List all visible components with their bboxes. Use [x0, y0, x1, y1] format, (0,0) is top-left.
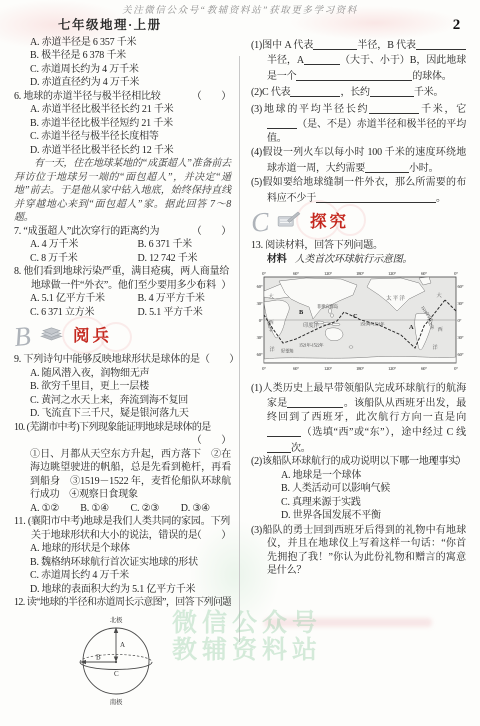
svg-text:120°: 120° — [388, 271, 396, 276]
answer-bracket: （ ） — [200, 353, 239, 367]
svg-text:60°: 60° — [458, 284, 464, 289]
q10-option: B. ①④ — [80, 502, 130, 516]
book-title: 七年级地理·上册 — [58, 19, 162, 33]
svg-text:60°: 60° — [257, 352, 263, 357]
circumnavigation-map: 0° 60° 120° 180° 120° 60° 0° 0° 60° 120°… — [251, 269, 466, 380]
q12-stem: 12. 读“地球的半径和赤道周长示意图”，回答下列问题。 — [14, 596, 231, 610]
philippines-label: 菲律宾群岛 — [317, 303, 339, 310]
globe-north-pole-label: 北极 — [110, 615, 123, 624]
globe-label-c: C — [114, 670, 119, 678]
text-segment: （选填“西”或“东”），途中经过 C 线 — [301, 427, 466, 438]
answer-bracket: （ ） — [192, 90, 231, 104]
map-bottom-ticks: 0° 60° 120° 180° 120° 60° 0° — [262, 366, 458, 371]
question-7: 7. “成蛋超人”此次穿行的距离约为 （ ） — [14, 225, 231, 239]
svg-text:60°: 60° — [293, 366, 299, 371]
q8-options: A. 5.1 亿平方千米 B. 4 万平方千米 C. 6 371 立方米 D. … — [14, 292, 231, 319]
notebook-pen-icon — [275, 211, 302, 233]
answer-blank — [304, 54, 340, 65]
answer-blank — [267, 426, 301, 437]
svg-text:60°: 60° — [421, 271, 427, 276]
answer-blank — [296, 70, 412, 81]
q9-option: A. 随风潜入夜，润物细无声 — [14, 367, 231, 381]
answer-blank — [313, 39, 357, 50]
svg-text:0°: 0° — [458, 318, 462, 323]
answer-bracket: （ ） — [192, 279, 231, 293]
text-segment: 次。 — [291, 443, 311, 454]
q12-part-5: (5)假如要给地球缝制一件外衣，那么所需要的布料应不少于。 — [251, 176, 466, 205]
route-label-pacific: 1519年-1521年 — [360, 321, 384, 328]
q5-option: B. 极半径是 6 378 千米 — [14, 49, 231, 63]
svg-text:60°: 60° — [458, 352, 464, 357]
q9-stem: 9. 下列诗句中能够反映地球形状是球体的是 — [14, 353, 200, 367]
q13-q2-option: B. 人类活动可以影响气候 — [251, 482, 466, 496]
q13-material-line: 材料人类首次环球航行示意图。 — [251, 253, 466, 267]
text-segment: 千米。 — [414, 87, 443, 98]
svg-text:120°: 120° — [388, 366, 396, 371]
q6-option: A. 赤道半径比极半径长约 21 千米 — [14, 103, 231, 117]
globe-diagram: 北极 A B C 南极 — [44, 611, 231, 712]
q6-option: B. 赤道半径比极半径短约 21 千米 — [14, 117, 231, 131]
svg-text:0°: 0° — [454, 271, 458, 276]
pacific-ocean-label: 太平洋 — [386, 294, 406, 302]
q11-option: C. 赤道周长约 4 万千米 — [14, 569, 231, 583]
q8-option: A. 5.1 亿平方千米 — [30, 292, 138, 306]
map-left-ticks: 60° 30° 0° 30° 60° — [257, 284, 263, 357]
text-segment: 半径，A — [267, 55, 304, 66]
text-segment: ，长约 — [340, 87, 369, 98]
svg-text:洋: 洋 — [433, 343, 438, 351]
map-top-ticks: 0° 60° 120° 180° 120° 60° 0° — [262, 271, 458, 276]
answer-bracket: （ ） — [427, 455, 466, 469]
svg-text:西: 西 — [438, 325, 443, 333]
page-header: 七年级地理·上册 2 — [0, 17, 480, 36]
q6-stem: 6. 地球的赤道半径与极半径相比较 — [14, 90, 161, 104]
answer-bracket: （ ） — [192, 225, 231, 239]
svg-text:120°: 120° — [324, 271, 332, 276]
q7-option: A. 4 万千米 — [30, 238, 138, 252]
q13-q2-option: D. 世界各国发展不平衡 — [251, 509, 466, 523]
svg-text:180°: 180° — [356, 366, 364, 371]
svg-text:0°: 0° — [262, 366, 266, 371]
q9-option: D. 飞流直下三千尺，疑是银河落九天 — [14, 407, 231, 421]
map-right-ticks: 60° 30° 0° 30° 60° — [458, 284, 464, 357]
svg-text:洋: 洋 — [270, 345, 275, 353]
material-text: 人类首次环球航行示意图。 — [295, 254, 413, 265]
q7-stem: 7. “成蛋超人”此次穿行的距离约为 — [14, 225, 159, 239]
map-point-a: A — [409, 324, 414, 331]
content-columns: A. 赤道半径是 6 357 千米 B. 极半径是 6 378 千米 C. 赤道… — [0, 36, 480, 712]
q7-option: B. 6 371 千米 — [138, 238, 231, 252]
right-column: (1)图中 A 代表半径，B 代表半径，A（大于、小于）B，因此地球是一个的球体… — [240, 36, 466, 712]
page-number: 2 — [453, 19, 468, 33]
cape-of-good-hope-label: 好望角 — [281, 348, 294, 355]
q8-option: C. 6 371 立方米 — [30, 306, 138, 320]
globe-south-pole-label: 南极 — [110, 697, 123, 706]
svg-text:30°: 30° — [458, 301, 464, 306]
q10-option: C. ②③ — [131, 502, 181, 516]
svg-text:0°: 0° — [262, 271, 266, 276]
q12-part-1: (1)图中 A 代表半径，B 代表半径，A（大于、小于）B，因此地球是一个的球体… — [251, 37, 466, 84]
q10-stem: 10. (芜湖市中考)下列现象能证明地球是球体的是 — [14, 421, 231, 435]
q11-option: A. 地球的形状是个球体 — [14, 542, 231, 556]
question-11: 11. (襄阳市中考)地球是我们人类共同的家园。下列关于地球形状和大小的说法，错… — [14, 515, 231, 542]
answer-blank — [369, 103, 419, 114]
q13-q2-option: A. 地球是一个球体 — [251, 469, 466, 483]
equator-front-arc — [80, 662, 152, 670]
text-segment: 小时。 — [409, 163, 438, 174]
q7-option: D. 12 742 千米 — [138, 252, 231, 266]
svg-text:60°: 60° — [421, 366, 427, 371]
section-letter-b: B — [13, 322, 38, 350]
svg-text:0°: 0° — [454, 366, 458, 371]
q7-option: C. 8 万千米 — [30, 252, 138, 266]
q12-part-3: (3)地球的平均半径长约千米，它（是、不是）赤道半径和极半径的平均值。 — [251, 101, 466, 146]
answer-blank — [290, 86, 340, 97]
q5-option: C. 赤道周长约为 4 万千米 — [14, 63, 231, 77]
section-header-b: B 阅兵 — [14, 321, 231, 351]
q5-option: A. 赤道半径是 6 357 千米 — [14, 36, 231, 50]
globe-label-b: B — [96, 653, 101, 661]
section-title-yuebing: 阅兵 — [73, 329, 112, 343]
section-title-tanjiu: 探究 — [310, 215, 349, 229]
q12-part-4: (4)假设一列火车以每小时 100 千米的速度环绕地球赤道一周，大约需要小时。 — [251, 146, 466, 175]
q10-options: A. ①② B. ①④ C. ②③ D. ③④ — [14, 502, 231, 516]
q13-part-1: (1)人类历史上最早带领船队完成环球航行的航海家是。该船队从西班牙出发，最终回到… — [251, 382, 466, 456]
wechat-note: 关注微信公众号“教辅资料站”获取更多学习资料 — [0, 0, 480, 17]
left-column: A. 赤道半径是 6 357 千米 B. 极半径是 6 378 千米 C. 赤道… — [14, 36, 240, 712]
q13-part-2: (2)该船队环球航行的成功说明以下哪一地理事实 （ ） — [251, 455, 466, 469]
q8-option: D. 5.1 平方千米 — [138, 306, 231, 320]
svg-text:30°: 30° — [257, 301, 263, 306]
q13-q2-option: C. 真理来源于实践 — [251, 496, 466, 510]
svg-text:0°: 0° — [259, 318, 263, 323]
answer-blank — [316, 192, 436, 203]
svg-text:30°: 30° — [257, 335, 263, 340]
section-header-c: C 探究 — [251, 207, 466, 237]
globe-label-a: A — [120, 641, 125, 649]
q13-stem: 13. 阅读材料，回答下列问题。 — [251, 239, 466, 253]
q6-option: D. 赤道半径比极半径长约 12 千米 — [14, 144, 231, 158]
q5-option: D. 赤道直径约为 4 万千米 — [14, 76, 231, 90]
answer-blank — [267, 118, 297, 129]
svg-text:60°: 60° — [293, 271, 299, 276]
section-letter-c: C — [250, 208, 275, 236]
books-icon — [38, 325, 65, 347]
question-9: 9. 下列诗句中能够反映地球形状是球体的是 （ ） — [14, 353, 231, 367]
question-6: 6. 地球的赤道半径与极半径相比较 （ ） — [14, 90, 231, 104]
svg-text:60°: 60° — [257, 284, 263, 289]
q6-option: C. 赤道半径与极半径长度相等 — [14, 130, 231, 144]
answer-blank — [370, 86, 414, 97]
globe-center-dot — [115, 660, 117, 662]
q13-part-3: (3)船队的勇士回到西班牙后得到的礼物中有地球仪，并且在地球仪上写着这样一句话：… — [251, 524, 466, 578]
svg-text:30°: 30° — [458, 335, 464, 340]
question-8: 8. 他们看到地球污染严重，满目疮痍，两人商量给地球做一件“外衣”。他们至少要用… — [14, 265, 231, 292]
answer-blank — [365, 162, 409, 173]
answer-bracket: （ ） — [192, 529, 231, 543]
svg-text:120°: 120° — [324, 366, 332, 371]
q10-option: A. ①② — [30, 502, 80, 516]
text-segment: (2)C 代表 — [251, 87, 290, 98]
q10-numbered-items: ①日、月都从天空东方升起，西方落下 ②在海边眺望驶进的帆船，总是先看到桅杆，再看… — [14, 448, 231, 502]
text-segment: (1)图中 A 代表 — [251, 40, 313, 51]
q11-option: D. 地球的表面积大约为 5.1 亿平方千米 — [14, 583, 231, 597]
route-label-indian: 1521年-1522年 — [299, 342, 323, 349]
answer-blank — [416, 39, 466, 50]
text-segment: (3)地球的平均半径长约 — [251, 104, 369, 115]
q11-option: B. 魏格纳环球航行首次证实地球的形状 — [14, 556, 231, 570]
answer-blank — [267, 442, 291, 453]
reading-passage: 有一天，住在地球某地的“成蛋超人”准备前去拜访位于地球另一端的“面包超人”，并决… — [14, 157, 231, 225]
text-segment: 半径，B 代表 — [357, 40, 416, 51]
answer-bracket: （ ） — [14, 434, 231, 448]
material-label: 材料 — [267, 254, 287, 265]
svg-text:180°: 180° — [356, 271, 364, 276]
text-segment: 。 — [436, 193, 446, 204]
q7-options: A. 4 万千米 B. 6 371 千米 C. 8 万千米 D. 12 742 … — [14, 238, 231, 265]
map-point-c: C — [353, 313, 358, 320]
text-segment: 千米，它 — [419, 104, 466, 115]
q10-option: D. ③④ — [181, 502, 231, 516]
q12-part-2: (2)C 代表，长约千米。 — [251, 84, 466, 100]
text-segment: 的球体。 — [412, 71, 451, 82]
indian-ocean-label: 印度洋 — [303, 321, 319, 329]
q9-option: B. 欲穷千里目，更上一层楼 — [14, 380, 231, 394]
q8-option: B. 4 万平方千米 — [138, 292, 231, 306]
answer-blank — [287, 397, 343, 408]
q9-option: C. 黄河之水天上来，奔流到海不复回 — [14, 394, 231, 408]
